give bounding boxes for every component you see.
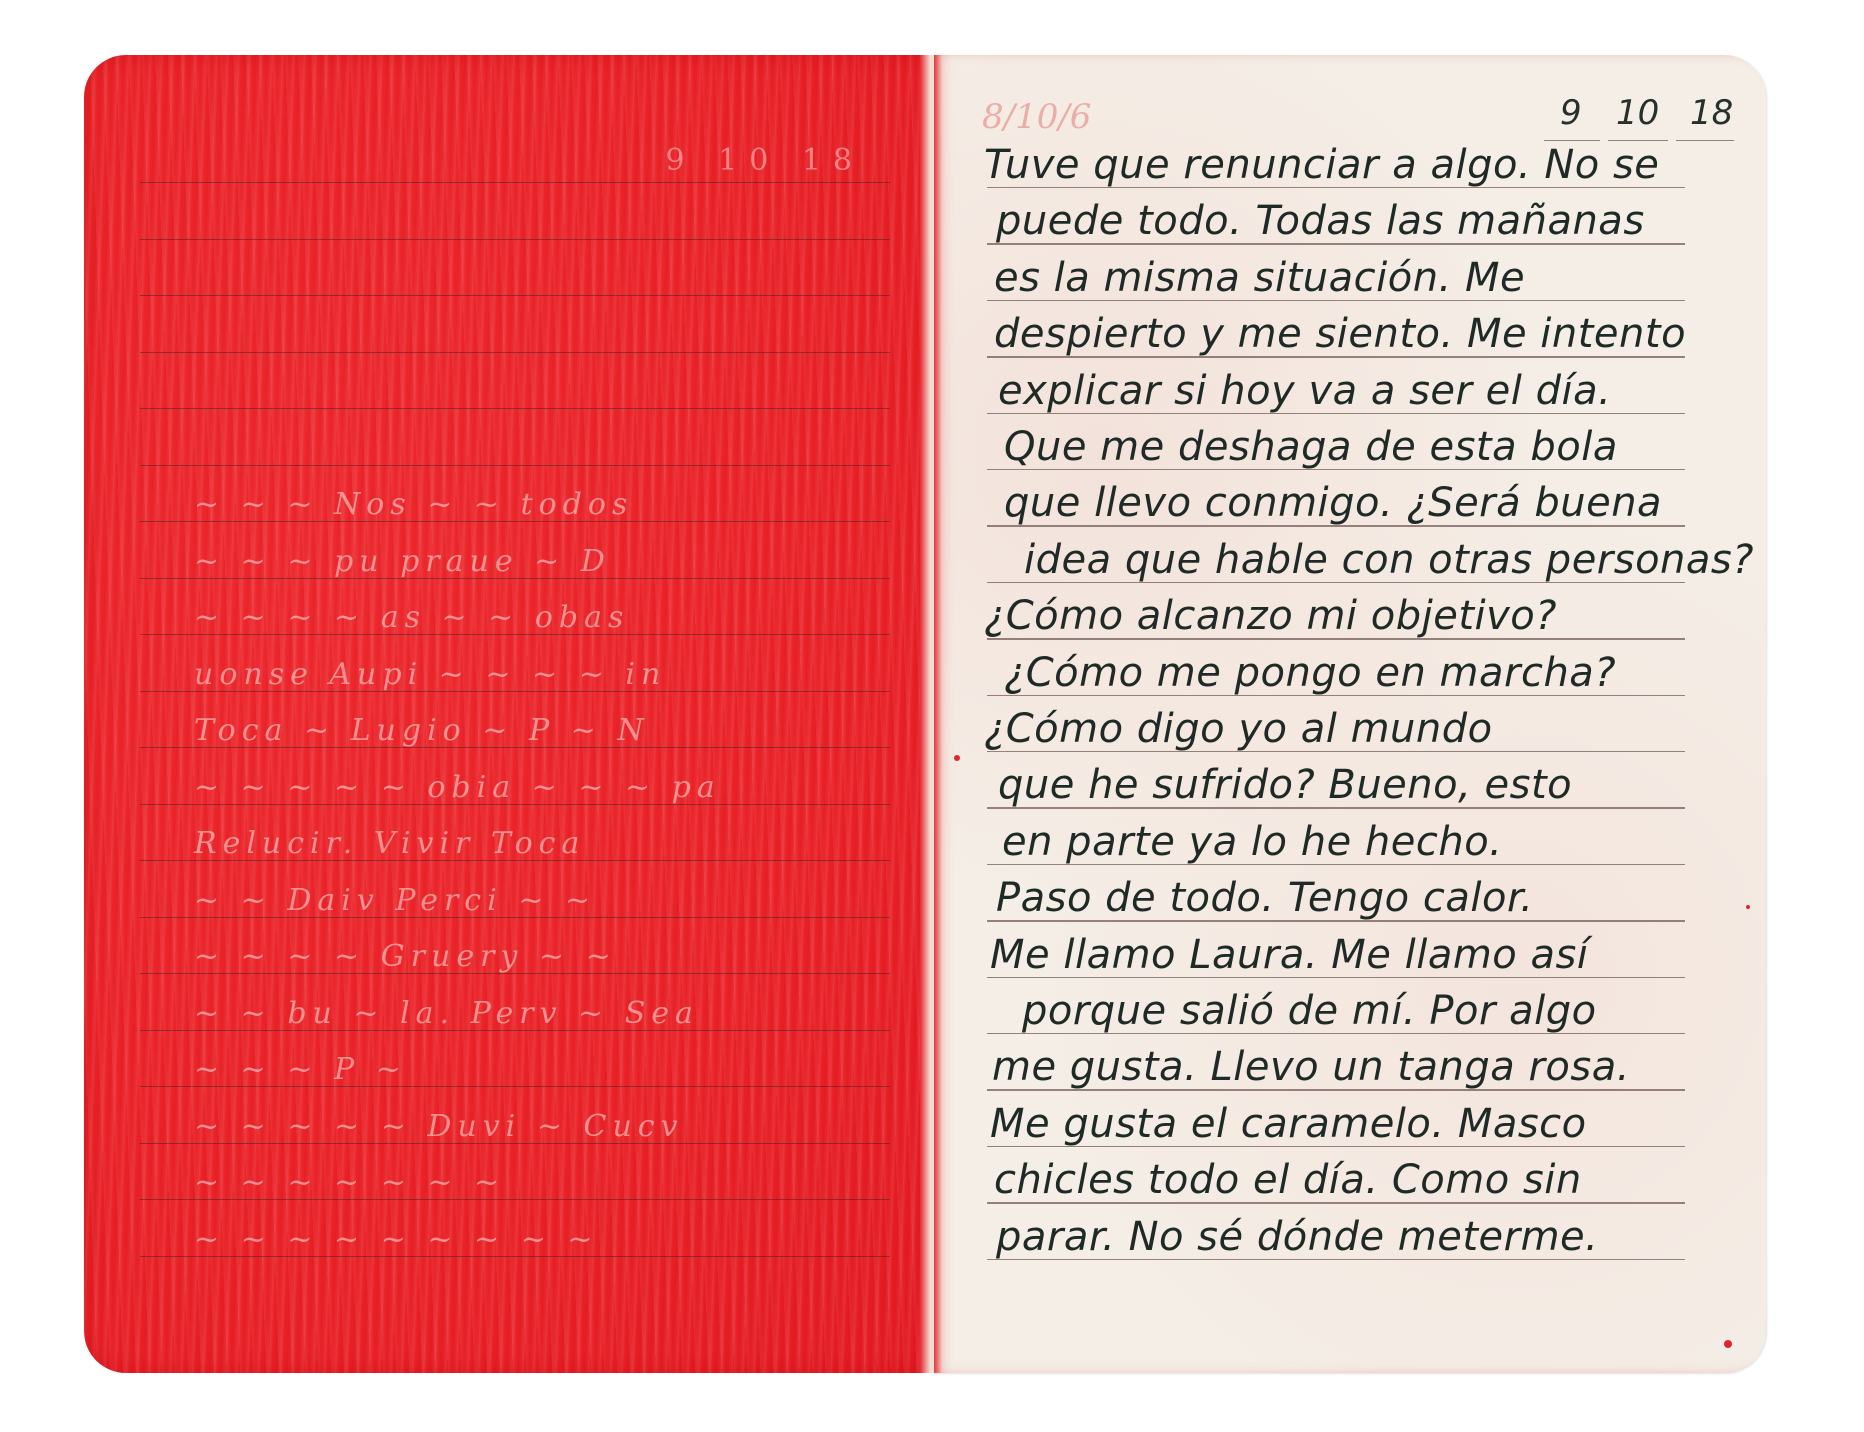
handwritten-line: parar. No sé dónde meterme.	[996, 1209, 1716, 1265]
ghost-text-line	[194, 431, 834, 461]
ruled-line	[140, 352, 890, 353]
date-month: 10	[1616, 93, 1659, 133]
handwritten-line: que llevo conmigo. ¿Será buena	[1004, 475, 1724, 531]
ghost-text-line: Relucir. Vivir Toca	[194, 826, 834, 856]
date-day: 9	[1560, 93, 1582, 133]
mirrored-date-transfer: 8/10/6	[982, 97, 1091, 137]
handwritten-line: ¿Cómo me pongo en marcha?	[1004, 645, 1724, 701]
ghost-text-line	[194, 261, 834, 291]
handwritten-line: Paso de todo. Tengo calor.	[996, 870, 1716, 926]
ghost-text-line	[194, 205, 834, 235]
handwritten-line: explicar si hoy va a ser el día.	[998, 363, 1718, 419]
handwritten-line: ¿Cómo alcanzo mi objetivo?	[984, 588, 1704, 644]
ghost-text-line: ~ ~ ~ ~ ~ obia ~ ~ ~ pa	[194, 770, 834, 800]
ruled-line	[140, 295, 890, 296]
date-year: 18	[1690, 93, 1733, 133]
ghost-text-line: ~ ~ bu ~ la. Perv ~ Sea	[194, 996, 834, 1026]
ghost-text-line: ~ ~ ~ P ~	[194, 1052, 834, 1082]
handwritten-line: Que me deshaga de esta bola	[1004, 419, 1724, 475]
ghost-text-line: Toca ~ Lugio ~ P ~ N	[194, 713, 834, 743]
left-gutter	[920, 55, 934, 1373]
ruled-line	[140, 408, 890, 409]
handwritten-line: en parte ya lo he hecho.	[1002, 814, 1722, 870]
ghost-text-line: ~ ~ ~ ~ ~ Duvi ~ Cucv	[194, 1109, 834, 1139]
ghost-text-line: ~ ~ ~ pu praue ~ D	[194, 544, 834, 574]
ghost-text-line: ~ ~ ~ Nos ~ ~ todos	[194, 487, 834, 517]
ghost-text-line: ~ ~ ~ ~ ~ ~ ~ ~ ~	[194, 1222, 834, 1252]
ghost-text-line: ~ ~ ~ ~ Gruery ~ ~	[194, 939, 834, 969]
ghost-text-line: ~ ~ ~ ~ ~ ~ ~	[194, 1165, 834, 1195]
ghost-text-line: uonse Aupi ~ ~ ~ ~ in	[194, 657, 834, 687]
ghost-text-line	[194, 318, 834, 348]
handwritten-line: puede todo. Todas las mañanas	[996, 193, 1716, 249]
handwritten-line: Me llamo Laura. Me llamo así	[990, 927, 1710, 983]
handwritten-line: ¿Cómo digo yo al mundo	[984, 701, 1704, 757]
handwritten-line: que he sufrido? Bueno, esto	[998, 757, 1718, 813]
ghost-text-line	[194, 148, 834, 178]
handwritten-line: me gusta. Llevo un tanga rosa.	[992, 1039, 1712, 1095]
handwritten-line: despierto y me siento. Me intento	[994, 306, 1714, 362]
notebook-spread: 9 10 18 ~ ~ ~ Nos ~ ~ todos~ ~ ~ pu prau…	[0, 0, 1864, 1432]
right-page-handwritten: 8/10/6 9 10 18 Tuve que renunciar a algo…	[934, 55, 1766, 1373]
ghost-text-line: ~ ~ Daiv Perci ~ ~	[194, 883, 834, 913]
handwritten-line: porque salió de mí. Por algo	[1022, 983, 1742, 1039]
date-field: 9 10 18	[1544, 93, 1734, 141]
ghost-text-line	[194, 374, 834, 404]
handwritten-line: chicles todo el día. Como sin	[994, 1152, 1714, 1208]
ruled-line	[140, 182, 890, 183]
handwritten-line: Me gusta el caramelo. Masco	[990, 1096, 1710, 1152]
ruled-line	[140, 465, 890, 466]
left-page-red-crayon: 9 10 18 ~ ~ ~ Nos ~ ~ todos~ ~ ~ pu prau…	[84, 55, 934, 1373]
spine-edge	[934, 55, 942, 1373]
handwritten-line: es la misma situación. Me	[994, 250, 1714, 306]
handwritten-line: idea que hable con otras personas?	[1024, 532, 1744, 588]
ghost-text-line: ~ ~ ~ ~ as ~ ~ obas	[194, 600, 834, 630]
ruled-line	[140, 239, 890, 240]
handwritten-line: Tuve que renunciar a algo. No se	[984, 137, 1704, 193]
